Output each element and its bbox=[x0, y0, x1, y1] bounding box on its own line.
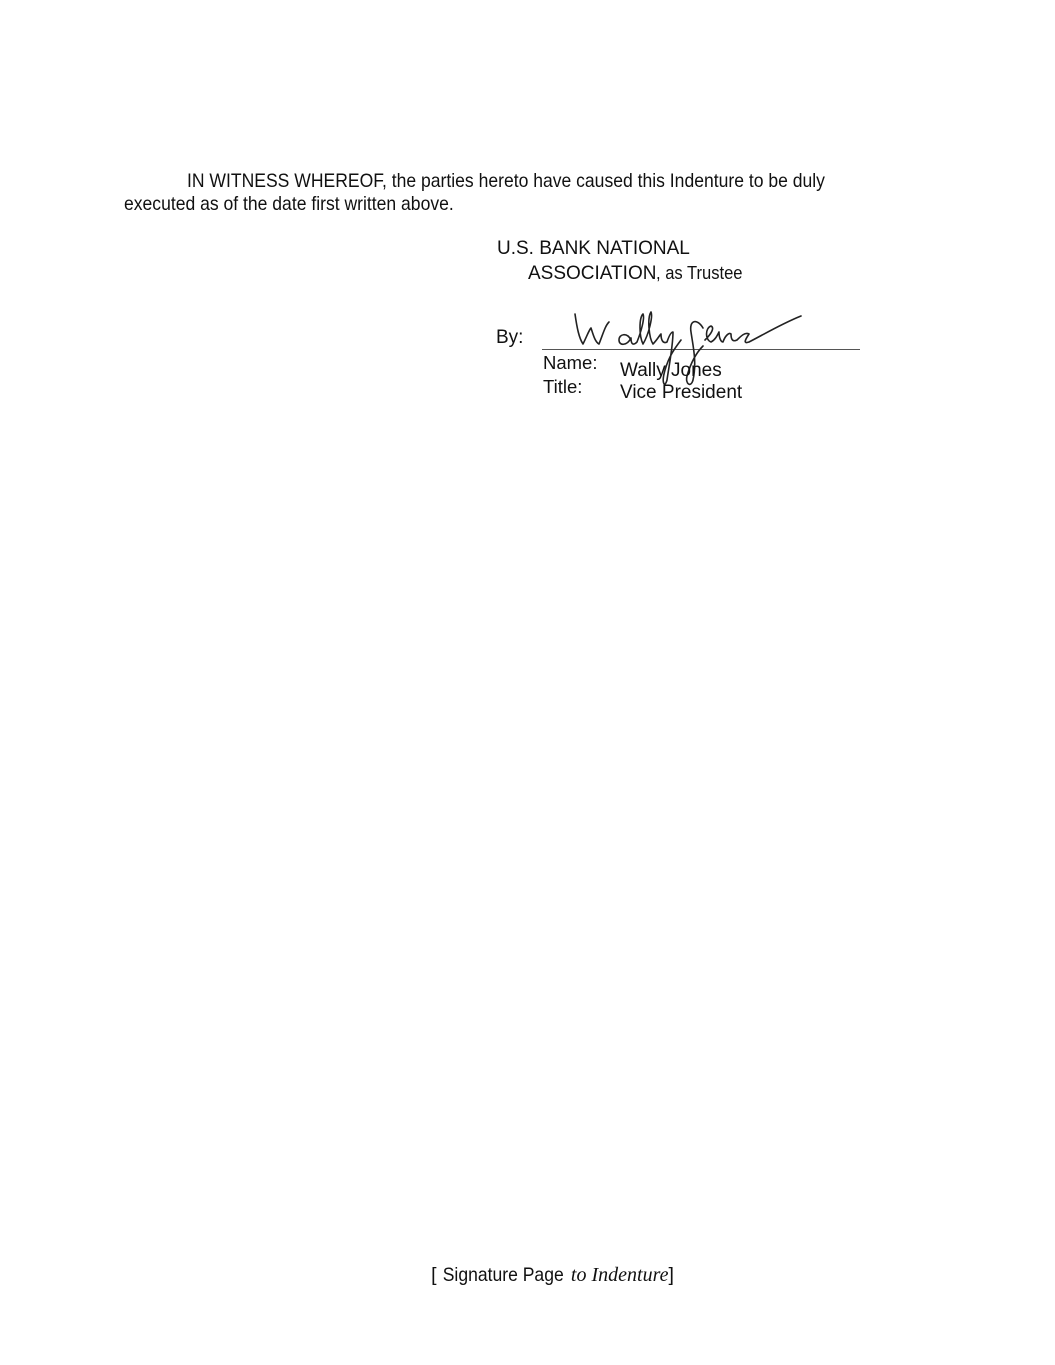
org-line-1: U.S. BANK NATIONAL bbox=[497, 238, 690, 259]
name-label: Name: bbox=[543, 352, 598, 374]
org-line-2: ASSOCIATION, as Trustee bbox=[497, 261, 751, 286]
org-association: ASSOCIATION bbox=[528, 263, 656, 284]
title-value: Vice President bbox=[620, 382, 742, 404]
footer-italic: to Indenture bbox=[571, 1264, 669, 1286]
by-label: By: bbox=[496, 327, 523, 349]
witness-paragraph: IN WITNESS WHEREOF, the parties hereto h… bbox=[124, 170, 808, 216]
paragraph-line-1: IN WITNESS WHEREOF, the parties hereto h… bbox=[124, 170, 808, 193]
paragraph-line-2: executed as of the date first written ab… bbox=[124, 193, 808, 216]
title-label: Title: bbox=[543, 376, 582, 398]
trustee-name: U.S. BANK NATIONAL ASSOCIATION, as Trust… bbox=[497, 237, 751, 286]
page-footer: [Signature Page to Indenture] bbox=[0, 1264, 1055, 1287]
name-value: Wally Jones bbox=[620, 360, 722, 382]
footer-close-bracket: ] bbox=[669, 1264, 674, 1286]
footer-prefix: Signature Page bbox=[443, 1264, 564, 1287]
footer-open-bracket: [ bbox=[431, 1264, 436, 1286]
org-role: , as Trustee bbox=[656, 261, 743, 285]
